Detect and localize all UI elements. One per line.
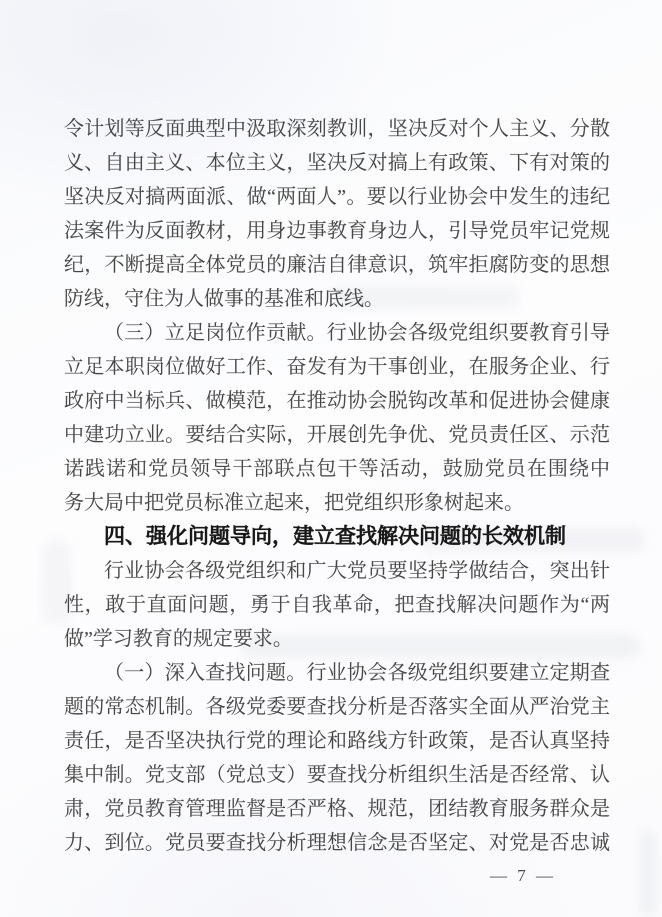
text-line: 政府中当标兵、做模范，在推动协会脱钩改革和促进协会健康发展: [64, 384, 610, 418]
scan-artifact: [640, 830, 656, 917]
text-line: 力、到位。党员要查找分析理想信念是否坚定、对党是否忠诚老: [64, 826, 610, 860]
text-line: 行业协会各级党组织和广大党员要坚持学做结合，突出针对: [64, 554, 610, 588]
section-heading: 四、强化问题导向，建立查找解决问题的长效机制: [64, 520, 610, 554]
text-line: 纪，不断提高全体党员的廉洁自律意识，筑牢拒腐防变的思想道德: [64, 248, 610, 282]
text-line: 性，敢于直面问题，勇于自我革命，把查找解决问题作为“两学一: [64, 588, 610, 622]
text-line: 立足本职岗位做好工作、奋发有为干事创业，在服务企业、行业和: [64, 350, 610, 384]
text-line: 集中制。党支部（党总支）要查找分析组织生活是否经常、认真、严: [64, 758, 610, 792]
document-text: 令计划等反面典型中汲取深刻教训，坚决反对个人主义、分散主 义、自由主义、本位主义…: [64, 112, 610, 860]
text-line: （三）立足岗位作贡献。行业协会各级党组织要教育引导党员: [64, 316, 610, 350]
text-line: 坚决反对搞两面派、做“两面人”。要以行业协会中发生的违纪违: [64, 180, 610, 214]
text-line: 令计划等反面典型中汲取深刻教训，坚决反对个人主义、分散主: [64, 112, 610, 146]
text-line: 法案件为反面教材，用身边事教育身边人，引导党员牢记党规党: [64, 214, 610, 248]
text-line: 做”学习教育的规定要求。: [64, 622, 610, 656]
page-number: — 7 —: [478, 861, 568, 891]
text-line: 肃，党员教育管理监督是否严格、规范，团结教育服务群众是否有: [64, 792, 610, 826]
text-line: 诺践诺和党员领导干部联点包干等活动，鼓励党员在围绕中心、服: [64, 452, 610, 486]
text-line: 务大局中把党员标准立起来，把党组织形象树起来。: [64, 486, 610, 520]
text-line: （一）深入查找问题。行业协会各级党组织要建立定期查找问: [64, 656, 610, 690]
text-line: 责任，是否坚决执行党的理论和路线方针政策，是否认真坚持民主: [64, 724, 610, 758]
text-line: 题的常态机制。各级党委要查找分析是否落实全面从严治党主体: [64, 690, 610, 724]
scanned-document-page: { "page": { "number_label": "— 7 —" }, "…: [0, 0, 662, 917]
text-line: 防线，守住为人做事的基准和底线。: [64, 282, 610, 316]
text-line: 义、自由主义、本位主义，坚决反对搞上有政策、下有对策的行为，: [64, 146, 610, 180]
text-line: 中建功立业。要结合实际，开展创先争优、党员责任区、示范岗、承: [64, 418, 610, 452]
